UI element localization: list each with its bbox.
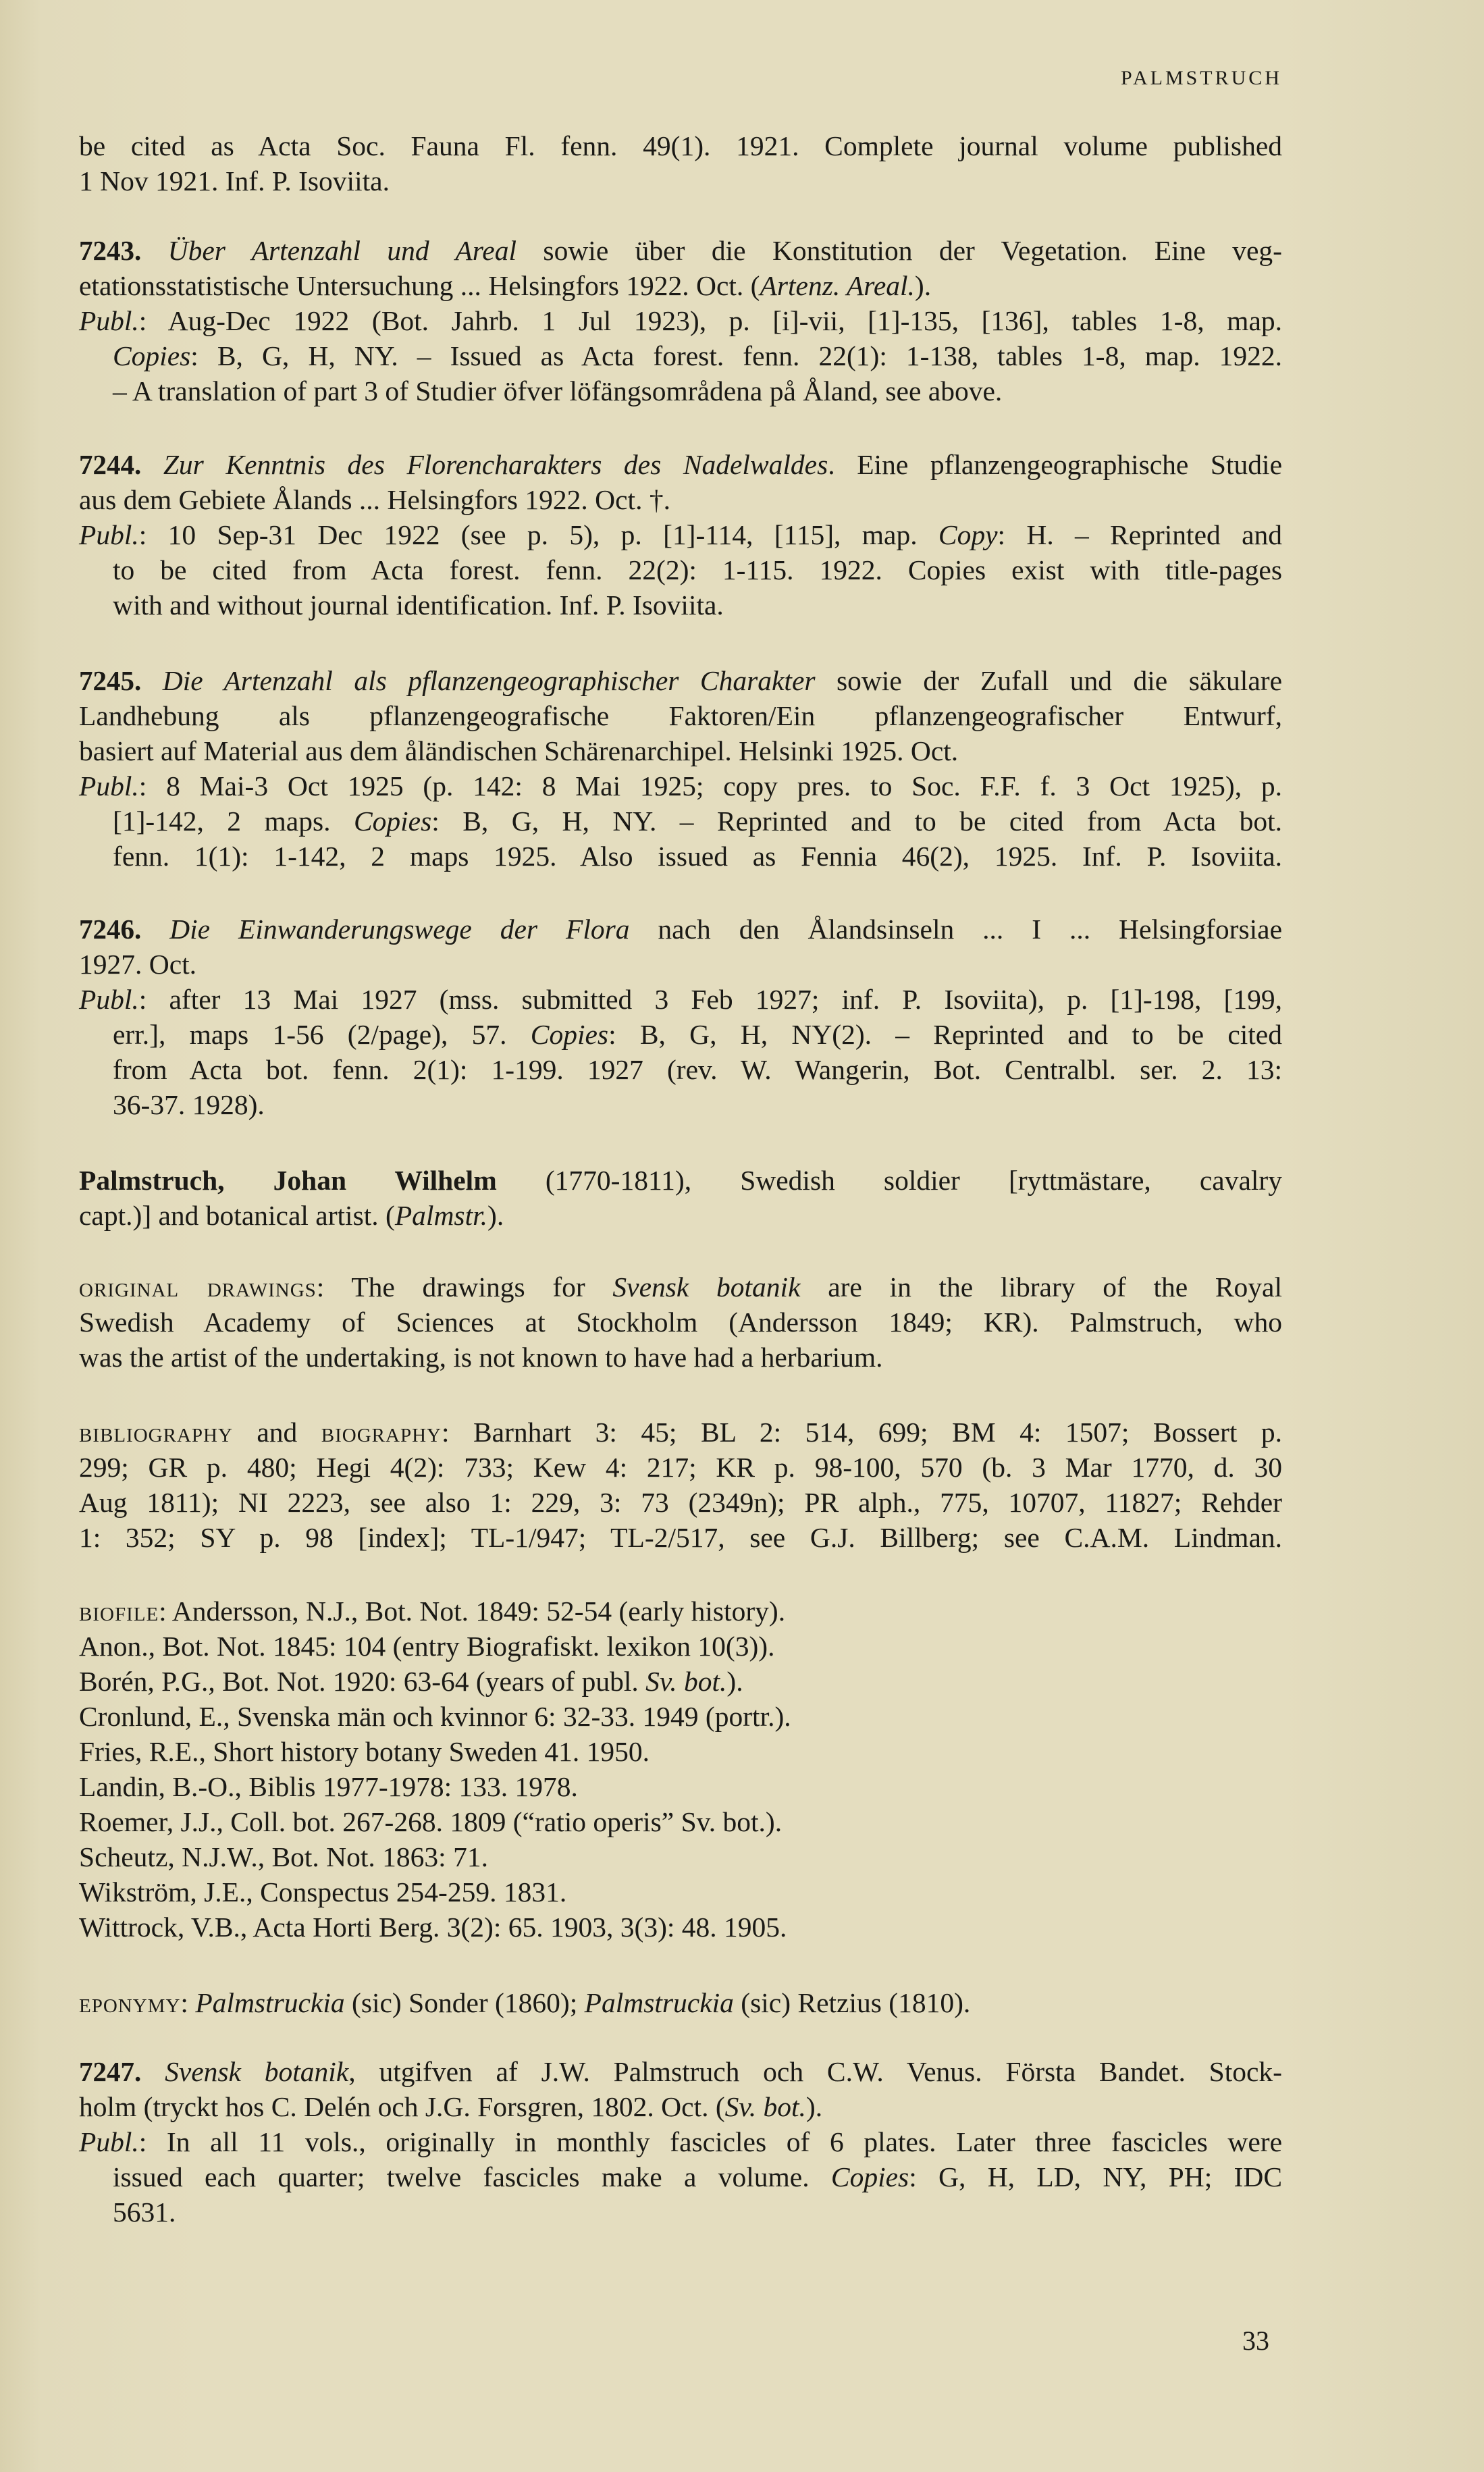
page-number: 33 <box>1242 2325 1269 2357</box>
running-head: PALMSTRUCH <box>1121 61 1282 96</box>
text: : after 13 Mai 1927 (mss. submitted 3 Fe… <box>139 984 1282 1015</box>
text-line: EPONYMY: Palmstruckia (sic) Sonder (1860… <box>79 1985 1282 2020</box>
publ-label: Publ. <box>79 770 139 801</box>
text-line: Aug 1811); NI 2223, see also 1: 229, 3: … <box>79 1485 1282 1520</box>
entry-7246: 7246. Die Einwanderungswege der Flora na… <box>79 912 1282 1122</box>
biofile-item: Landin, B.-O., Biblis 1977-1978: 133. 19… <box>79 1769 1282 1804</box>
entry-7245: 7245. Die Artenzahl als pflanzengeograph… <box>79 663 1282 874</box>
publ-line: fenn. 1(1): 1-142, 2 maps 1925. Also iss… <box>79 839 1282 874</box>
entry-number: 7246. <box>79 914 141 945</box>
text: Borén, P.G., Bot. Not. 1920: 63-64 (year… <box>79 1666 645 1697</box>
eponymy-section: EPONYMY: Palmstruckia (sic) Sonder (1860… <box>79 1985 1282 2020</box>
publ-label: Publ. <box>79 2126 139 2157</box>
publ-line: with and without journal identification.… <box>79 587 1282 623</box>
publ-line: Publ.: after 13 Mai 1927 (mss. submitted… <box>79 982 1282 1017</box>
biofile-item: Wikström, J.E., Conspectus 254-259. 1831… <box>79 1874 1282 1910</box>
text: , utgifven af J.W. Palmstruch och C.W. V… <box>348 2056 1282 2087</box>
biofile-section: BIOFILE: Andersson, N.J., Bot. Not. 1849… <box>79 1594 1282 1945</box>
author-abbreviation: Palmstr. <box>395 1200 487 1231</box>
genus-name: Palmstruckia <box>585 1987 734 2018</box>
genus-name: Palmstruckia <box>195 1987 344 2018</box>
abbreviation: Sv. bot. <box>645 1666 726 1697</box>
text-line: capt.)] and botanical artist. (Palmstr.)… <box>79 1198 1282 1233</box>
publ-line: Publ.: In all 11 vols., originally in mo… <box>79 2124 1282 2159</box>
text: : Andersson, N.J., Bot. Not. 1849: 52-54… <box>159 1596 785 1627</box>
section-label: BIOFILE <box>79 1596 159 1627</box>
abbreviation: Artenz. Areal. <box>760 270 915 301</box>
text-line: basiert auf Material aus dem åländischen… <box>79 733 1282 768</box>
biofile-item: Roemer, J.J., Coll. bot. 267-268. 1809 (… <box>79 1804 1282 1839</box>
text-line: was the artist of the undertaking, is no… <box>79 1340 1282 1375</box>
text-line: 1: 352; SY p. 98 [index]; TL-1/947; TL-2… <box>79 1520 1282 1555</box>
entry-title: Die Artenzahl als pflanzengeographischer… <box>163 665 816 696</box>
text-line: Swedish Academy of Sciences at Stockholm… <box>79 1305 1282 1340</box>
entry-title: Zur Kenntnis des Florencharakters des Na… <box>163 449 828 480</box>
entry-title-line: 7245. Die Artenzahl als pflanzengeograph… <box>79 663 1282 698</box>
text: issued each quarter; twelve fascicles ma… <box>113 2161 831 2192</box>
section-label: BIBLIOGRAPHY <box>79 1417 233 1448</box>
text: etationsstatistische Untersuchung ... He… <box>79 270 760 301</box>
biofile-item: Wittrock, V.B., Acta Horti Berg. 3(2): 6… <box>79 1910 1282 1945</box>
text: (sic) Retzius (1810). <box>734 1987 970 2018</box>
text: : B, G, H, NY. – Issued as Acta forest. … <box>190 340 1282 371</box>
copies-label: Copies <box>831 2161 909 2192</box>
text-line: ORIGINAL DRAWINGS: The drawings for Sven… <box>79 1269 1282 1305</box>
text: : In all 11 vols., originally in monthly… <box>139 2126 1282 2157</box>
entry-title: Svensk botanik <box>165 2056 348 2087</box>
copy-label: Copy <box>938 519 998 550</box>
publ-line: from Acta bot. fenn. 2(1): 1-199. 1927 (… <box>79 1052 1282 1087</box>
author-heading: Palmstruch, Johan Wilhelm (1770-1811), S… <box>79 1163 1282 1233</box>
entry-number: 7244. <box>79 449 141 480</box>
entry-7247: 7247. Svensk botanik, utgifven af J.W. P… <box>79 2054 1282 2230</box>
publ-line: issued each quarter; twelve fascicles ma… <box>79 2159 1282 2194</box>
text: : G, H, LD, NY, PH; IDC <box>909 2161 1282 2192</box>
text: : 8 Mai-3 Oct 1925 (p. 142: 8 Mai 1925; … <box>139 770 1282 801</box>
text: : B, G, H, NY. – Reprinted and to be cit… <box>431 806 1282 837</box>
publ-line: Copies: B, G, H, NY. – Issued as Acta fo… <box>79 338 1282 373</box>
publ-label: Publ. <box>79 984 139 1015</box>
entry-title-line: 7247. Svensk botanik, utgifven af J.W. P… <box>79 2054 1282 2089</box>
biofile-item: Fries, R.E., Short history botany Sweden… <box>79 1734 1282 1769</box>
text-line: Landhebung als pflanzengeografische Fakt… <box>79 698 1282 733</box>
entry-title-line: 7244. Zur Kenntnis des Florencharakters … <box>79 447 1282 482</box>
text: ). <box>806 2091 822 2122</box>
bibliography-section: BIBLIOGRAPHY and BIOGRAPHY: Barnhart 3: … <box>79 1415 1282 1555</box>
publ-line: 5631. <box>79 2194 1282 2230</box>
biofile-item: Cronlund, E., Svenska män och kvinnor 6:… <box>79 1699 1282 1734</box>
abbreviation: Sv. bot. <box>725 2091 806 2122</box>
text: : 10 Sep-31 Dec 1922 (see p. 5), p. [1]-… <box>139 519 938 550</box>
text: holm (tryckt hos C. Delén och J.G. Forsg… <box>79 2091 725 2122</box>
text: and <box>233 1417 321 1448</box>
biofile-item: Anon., Bot. Not. 1845: 104 (entry Biogra… <box>79 1629 1282 1664</box>
section-label: BIOGRAPHY <box>321 1417 442 1448</box>
publ-line: to be cited from Acta forest. fenn. 22(2… <box>79 552 1282 587</box>
text: sowie der Zufall und die säkulare <box>816 665 1283 696</box>
publ-line: – A translation of part 3 of Studier öfv… <box>79 373 1282 409</box>
text: : <box>180 1987 195 2018</box>
entry-title-line: 7243. Über Artenzahl und Areal sowie übe… <box>79 233 1282 268</box>
text: (sic) Sonder (1860); <box>345 1987 585 2018</box>
entry-title: Die Einwanderungswege der Flora <box>169 914 629 945</box>
text-line: 299; GR p. 480; Hegi 4(2): 733; Kew 4: 2… <box>79 1450 1282 1485</box>
biofile-item: Scheutz, N.J.W., Bot. Not. 1863: 71. <box>79 1839 1282 1874</box>
biofile-item: Borén, P.G., Bot. Not. 1920: 63-64 (year… <box>79 1664 1282 1699</box>
text-line: be cited as Acta Soc. Fauna Fl. fenn. 49… <box>79 128 1282 163</box>
entry-title: Über Artenzahl und Areal <box>168 235 516 266</box>
text: ). <box>915 270 931 301</box>
section-label: EPONYMY <box>79 1987 180 2018</box>
biofile-item: BIOFILE: Andersson, N.J., Bot. Not. 1849… <box>79 1594 1282 1629</box>
entry-number: 7243. <box>79 235 141 266</box>
text: : B, G, H, NY(2). – Reprinted and to be … <box>608 1019 1282 1050</box>
text-line: 1927. Oct. <box>79 947 1282 982</box>
text-line: holm (tryckt hos C. Delén och J.G. Forsg… <box>79 2089 1282 2124</box>
book-title: Svensk botanik <box>612 1271 800 1303</box>
text: . Eine pflanzengeographische Studie <box>828 449 1282 480</box>
text: : Aug-Dec 1922 (Bot. Jahrb. 1 Jul 1923),… <box>139 305 1282 336</box>
publ-line: Publ.: 10 Sep-31 Dec 1922 (see p. 5), p.… <box>79 517 1282 552</box>
publ-label: Publ. <box>79 305 139 336</box>
publ-label: Publ. <box>79 519 139 550</box>
publ-line: 36-37. 1928). <box>79 1087 1282 1122</box>
text: err.], maps 1-56 (2/page), 57. <box>113 1019 531 1050</box>
entry-title-line: 7246. Die Einwanderungswege der Flora na… <box>79 912 1282 947</box>
continuation-paragraph: be cited as Acta Soc. Fauna Fl. fenn. 49… <box>79 128 1282 199</box>
text-line: etationsstatistische Untersuchung ... He… <box>79 268 1282 303</box>
text: : Barnhart 3: 45; BL 2: 514, 699; BM 4: … <box>442 1417 1282 1448</box>
author-line: Palmstruch, Johan Wilhelm (1770-1811), S… <box>79 1163 1282 1198</box>
publ-line: err.], maps 1-56 (2/page), 57. Copies: B… <box>79 1017 1282 1052</box>
text: nach den Ålandsinseln ... I ... Helsingf… <box>630 914 1282 945</box>
text: capt.)] and botanical artist. ( <box>79 1200 395 1231</box>
copies-label: Copies <box>113 340 190 371</box>
text: ). <box>726 1666 743 1697</box>
publ-line: Publ.: 8 Mai-3 Oct 1925 (p. 142: 8 Mai 1… <box>79 768 1282 804</box>
entry-number: 7247. <box>79 2056 141 2087</box>
entry-7243: 7243. Über Artenzahl und Areal sowie übe… <box>79 233 1282 409</box>
section-label: ORIGINAL DRAWINGS <box>79 1271 317 1303</box>
entry-number: 7245. <box>79 665 141 696</box>
text: (1770-1811), Swedish soldier [ryttmästar… <box>497 1165 1282 1196</box>
text-line: BIBLIOGRAPHY and BIOGRAPHY: Barnhart 3: … <box>79 1415 1282 1450</box>
copies-label: Copies <box>354 806 431 837</box>
text: : H. – Reprinted and <box>998 519 1282 550</box>
text: are in the library of the Royal <box>801 1271 1283 1303</box>
publ-line: [1]-142, 2 maps. Copies: B, G, H, NY. – … <box>79 804 1282 839</box>
entry-7244: 7244. Zur Kenntnis des Florencharakters … <box>79 447 1282 623</box>
text-line: 1 Nov 1921. Inf. P. Isoviita. <box>79 163 1282 199</box>
copies-label: Copies <box>531 1019 608 1050</box>
text: [1]-142, 2 maps. <box>113 806 354 837</box>
author-name: Palmstruch, Johan Wilhelm <box>79 1165 497 1196</box>
text: : The drawings for <box>317 1271 613 1303</box>
text: ). <box>487 1200 504 1231</box>
text-line: aus dem Gebiete Ålands ... Helsingfors 1… <box>79 482 1282 517</box>
publ-line: Publ.: Aug-Dec 1922 (Bot. Jahrb. 1 Jul 1… <box>79 303 1282 338</box>
text: sowie über die Konstitution der Vegetati… <box>516 235 1282 266</box>
original-drawings-section: ORIGINAL DRAWINGS: The drawings for Sven… <box>79 1269 1282 1375</box>
